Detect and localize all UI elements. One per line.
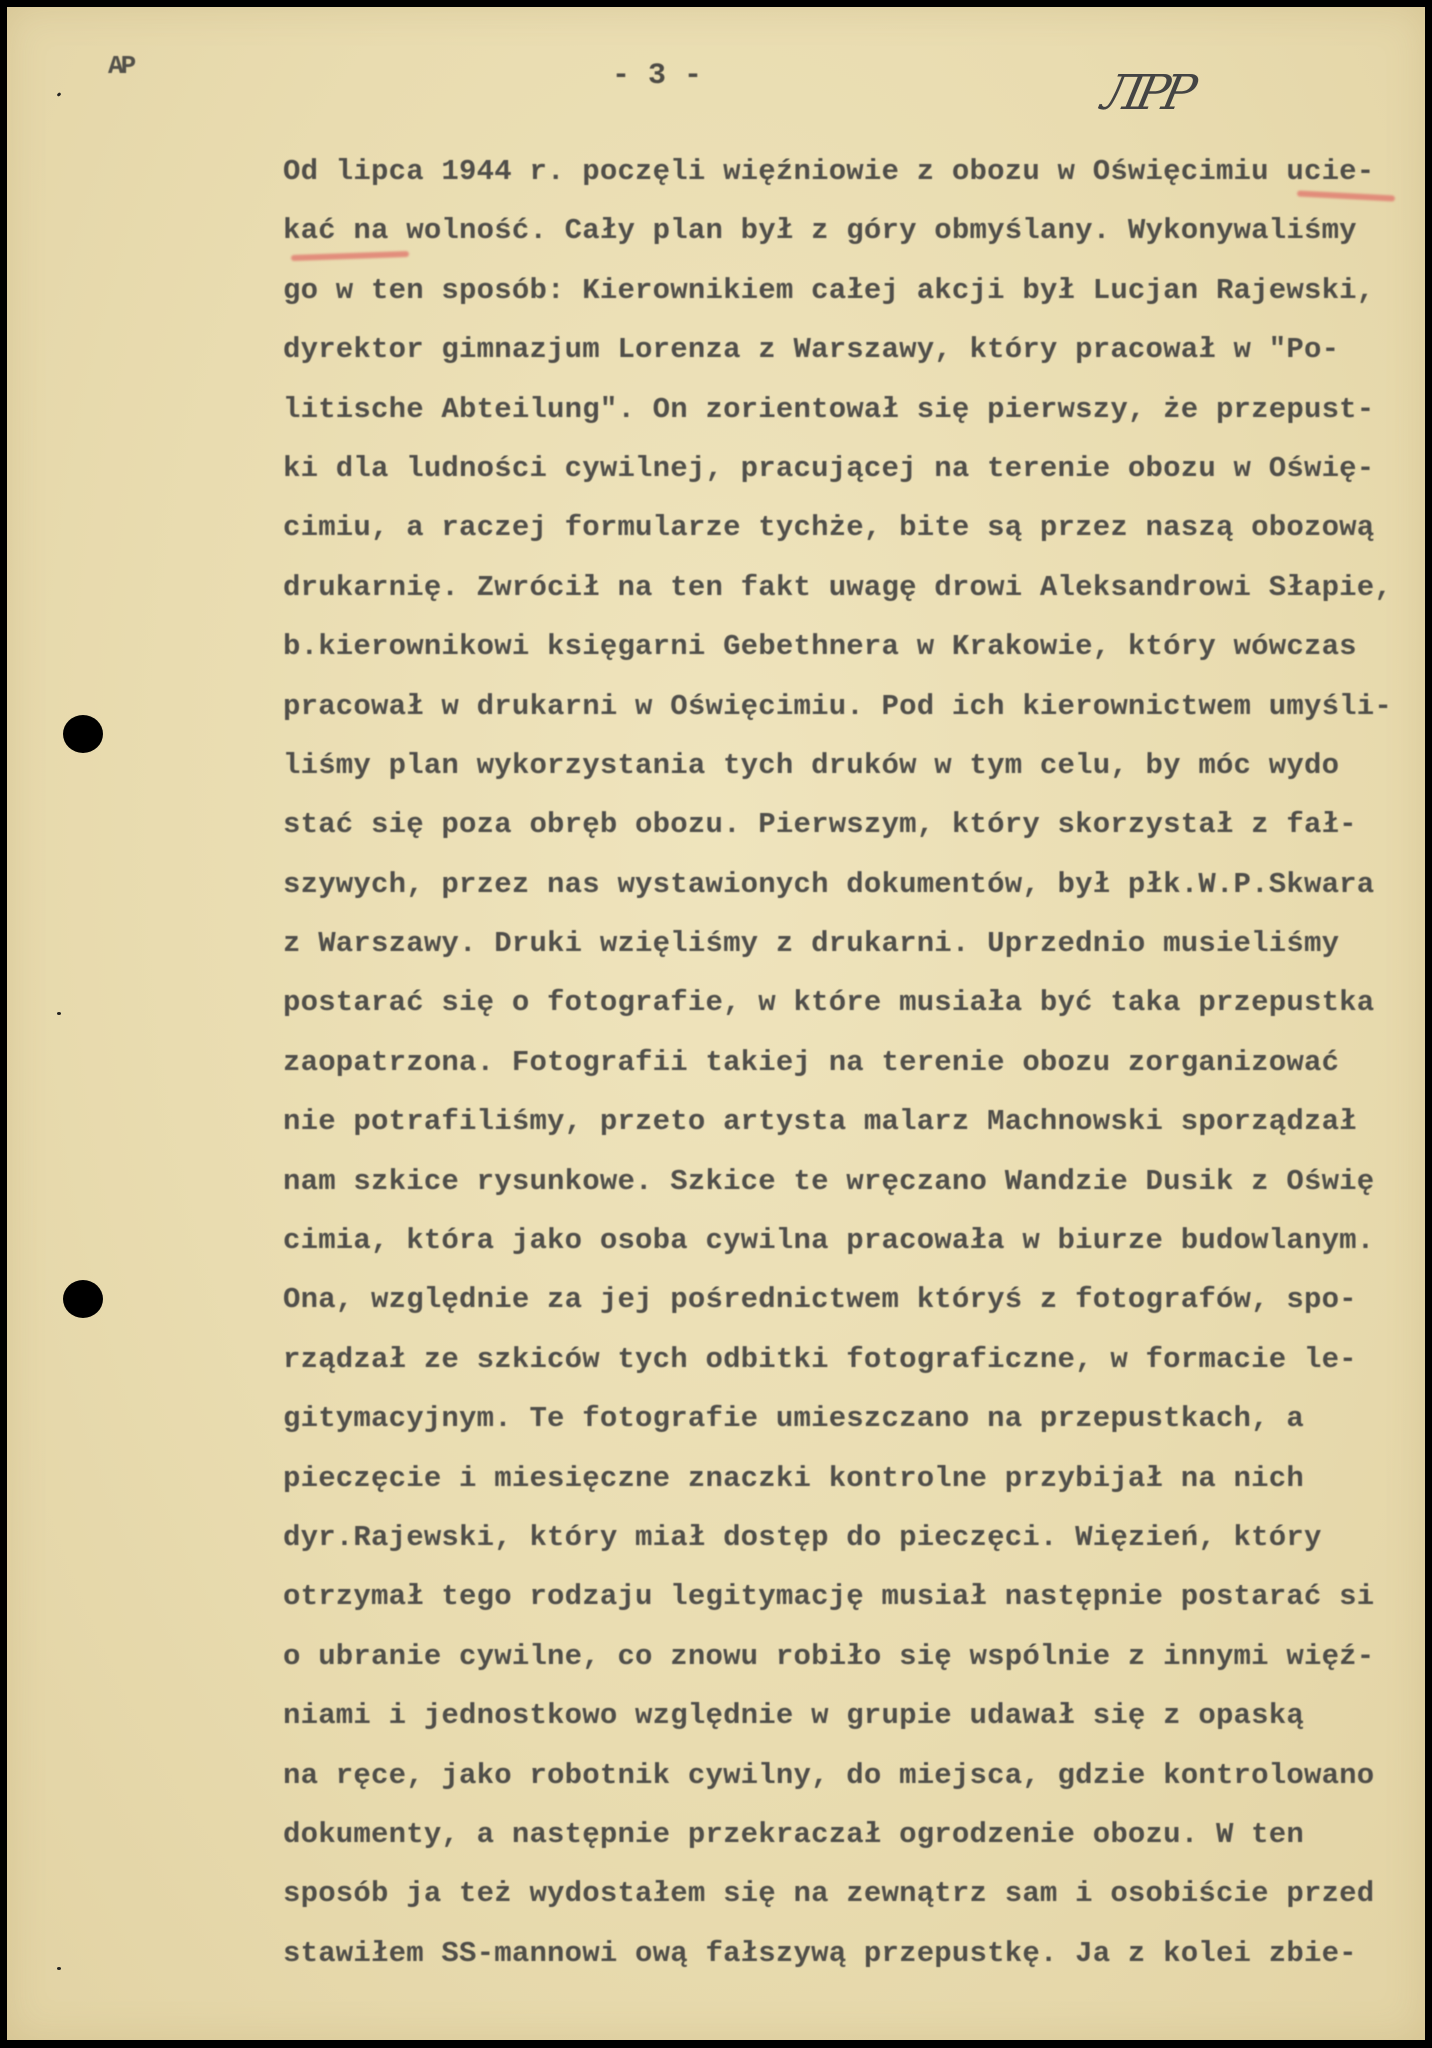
text-line: postarać się o fotografie, w które musia… bbox=[283, 973, 1392, 1032]
text-line: stawiłem SS-mannowi ową fałszywą przepus… bbox=[283, 1924, 1392, 1983]
text-line: Od lipca 1944 r. poczęli więźniowie z ob… bbox=[283, 142, 1392, 201]
handwritten-annotation: ЛРР bbox=[1097, 65, 1196, 121]
text-line: pracował w drukarni w Oświęcimiu. Pod ic… bbox=[283, 677, 1392, 736]
text-line: drukarnię. Zwrócił na ten fakt uwagę dro… bbox=[283, 558, 1392, 617]
text-line: zaopatrzona. Fotografii takiej na tereni… bbox=[283, 1033, 1392, 1092]
text-line: o ubranie cywilne, co znowu robiło się w… bbox=[283, 1627, 1392, 1686]
typewritten-body: Od lipca 1944 r. poczęli więźniowie z ob… bbox=[283, 142, 1392, 1983]
text-line: niami i jednostkowo względnie w grupie u… bbox=[283, 1686, 1392, 1745]
text-line: dyr.Rajewski, który miał dostęp do piecz… bbox=[283, 1508, 1392, 1567]
text-line: nie potrafiliśmy, przeto artysta malarz … bbox=[283, 1092, 1392, 1151]
page-number: - 3 - bbox=[612, 59, 702, 93]
text-line: go w ten sposób: Kierownikiem całej akcj… bbox=[283, 261, 1392, 320]
text-line: gitymacyjnym. Te fotografie umieszczano … bbox=[283, 1389, 1392, 1448]
text-line: dyrektor gimnazjum Lorenza z Warszawy, k… bbox=[283, 320, 1392, 379]
text-line: cimiu, a raczej formularze tychże, bite … bbox=[283, 498, 1392, 557]
archive-stamp-ap: AP bbox=[108, 51, 133, 81]
text-line: z Warszawy. Druki wzięliśmy z drukarni. … bbox=[283, 914, 1392, 973]
text-line: nam szkice rysunkowe. Szkice te wręczano… bbox=[283, 1152, 1392, 1211]
text-line: liśmy plan wykorzystania tych druków w t… bbox=[283, 736, 1392, 795]
document-page: AP - 3 - ЛРР Od lipca 1944 r. poczęli wi… bbox=[7, 7, 1425, 2040]
text-line: pieczęcie i miesięczne znaczki kontrolne… bbox=[283, 1449, 1392, 1508]
text-line: rządzał ze szkiców tych odbitki fotograf… bbox=[283, 1330, 1392, 1389]
ink-speck bbox=[57, 92, 62, 97]
text-line: stać się poza obręb obozu. Pierwszym, kt… bbox=[283, 795, 1392, 854]
text-line: otrzymał tego rodzaju legitymację musiał… bbox=[283, 1567, 1392, 1626]
text-line: Ona, względnie za jej pośrednictwem któr… bbox=[283, 1270, 1392, 1329]
text-line: na ręce, jako robotnik cywilny, do miejs… bbox=[283, 1746, 1392, 1805]
text-line: litische Abteilung". On zorientował się … bbox=[283, 380, 1392, 439]
text-line: kać na wolność. Cały plan był z góry obm… bbox=[283, 201, 1392, 260]
text-line: szywych, przez nas wystawionych dokument… bbox=[283, 855, 1392, 914]
text-line: cimia, która jako osoba cywilna pracował… bbox=[283, 1211, 1392, 1270]
text-line: ki dla ludności cywilnej, pracującej na … bbox=[283, 439, 1392, 498]
text-line: b.kierownikowi księgarni Gebethnera w Kr… bbox=[283, 617, 1392, 676]
punch-hole-top bbox=[63, 715, 103, 753]
text-line: dokumenty, a następnie przekraczał ogrod… bbox=[283, 1805, 1392, 1864]
text-line: sposób ja też wydostałem się na zewnątrz… bbox=[283, 1864, 1392, 1923]
punch-hole-bottom bbox=[63, 1280, 103, 1318]
ink-speck bbox=[57, 1012, 61, 1015]
ink-speck bbox=[57, 1967, 61, 1970]
